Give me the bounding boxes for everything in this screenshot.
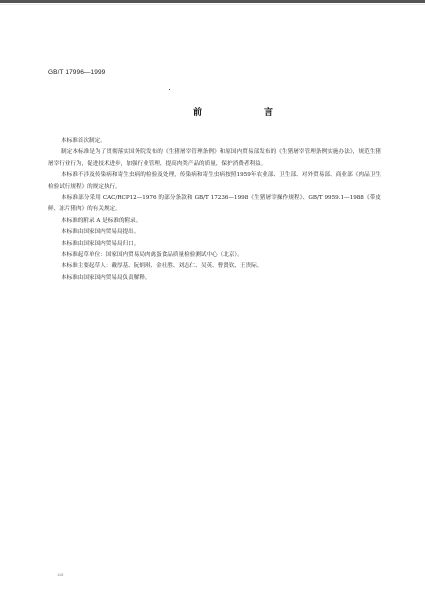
scan-dot (169, 89, 170, 90)
paragraph-interpretation: 本标准由国家国内贸易局负责解释。 (48, 273, 381, 284)
paragraph-purpose: 制定本标准是为了贯彻落实国务院发布的《生猪屠宰管理条例》和原国内贸易部发布的《生… (48, 147, 381, 170)
paragraph-references: 本标准部分采用 CAC/RCP12—1976 的部分条款和 GB/T 17236… (48, 193, 381, 216)
foreword-body: 本标准首次制定。 制定本标准是为了贯彻落实国务院发布的《生猪屠宰管理条例》和原国… (48, 136, 381, 284)
paragraph-first-edition: 本标准首次制定。 (48, 136, 381, 147)
standard-code: GB/T 17996—1999 (48, 69, 105, 76)
paragraph-scope: 本标准不涉及传染病和寄生虫病的检验及处理，传染病和寄生虫病按照1959年农业部、… (48, 170, 381, 193)
paragraph-proposed-by: 本标准由国家国内贸易局提出。 (48, 227, 381, 238)
paragraph-drafting-unit: 本标准起草单位：国家国内贸易局肉禽蛋食品质量检验测试中心（北京）。 (48, 250, 381, 261)
window-top-bar (0, 0, 425, 3)
paragraph-centralized-by: 本标准由国家国内贸易局归口。 (48, 239, 381, 250)
page-title: 前 言 (193, 105, 273, 118)
top-divider (0, 4, 425, 5)
title-char-2: 言 (264, 105, 273, 118)
paragraph-appendix: 本标准的附录 A 是标准的附录。 (48, 216, 381, 227)
title-char-1: 前 (193, 105, 202, 118)
paragraph-drafters: 本标准主要起草人：戴厚基、阮炳琪、金社胜、刘志仁、吴英、曹贤钦、王贵际。 (48, 261, 381, 272)
page-number: 118 (57, 572, 63, 577)
